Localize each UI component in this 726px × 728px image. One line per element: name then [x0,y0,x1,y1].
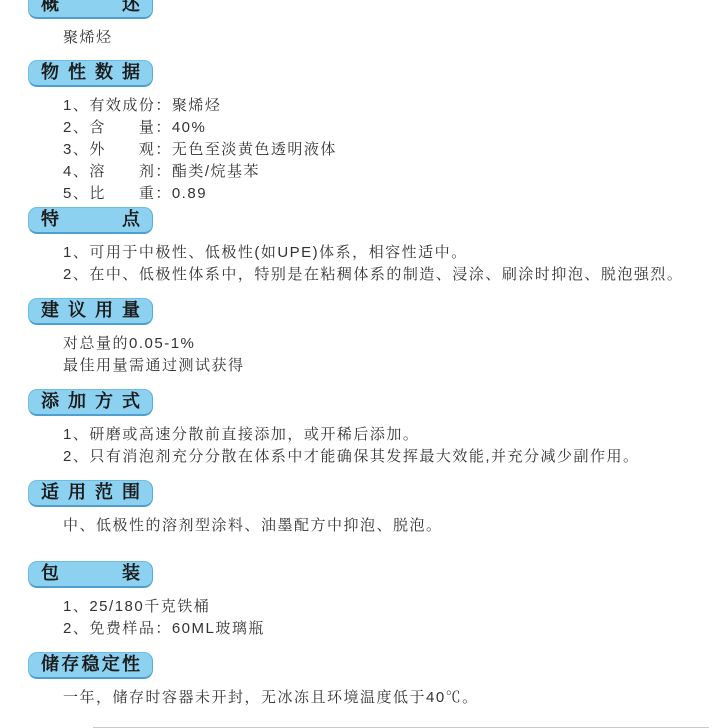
content-line: 1、25/180千克铁桶 [63,596,716,618]
content-line: 1、研磨或高速分散前直接添加，或开稀后添加。 [63,424,716,446]
content-line: 最佳用量需通过测试获得 [63,355,716,377]
section-storage-stability: 储存稳定性 一年，储存时容器未开封，无冰冻且环境温度低于40℃。 [28,652,716,709]
section-heading-badge: 建议用量 [28,298,153,325]
content-line: 2、免费样品：60ML玻璃瓶 [63,618,716,640]
section-heading-badge: 包装 [28,561,153,588]
content-line: 1、可用于中极性、低极性(如UPE)体系，相容性适中。 [63,242,716,264]
section-title: 包装 [41,562,140,585]
section-content: 中、低极性的溶剂型涂料、油墨配方中抑泡、脱泡。 [28,515,716,537]
section-addition-method: 添加方式 1、研磨或高速分散前直接添加，或开稀后添加。 2、只有消泡剂充分分散在… [28,389,716,468]
content-line: 中、低极性的溶剂型涂料、油墨配方中抑泡、脱泡。 [63,515,716,537]
section-application-scope: 适用范围 中、低极性的溶剂型涂料、油墨配方中抑泡、脱泡。 [28,480,716,537]
section-heading-badge: 适用范围 [28,480,153,507]
section-content: 聚烯烃 [28,27,716,49]
content-line: 对总量的0.05-1% [63,333,716,355]
content-line: 2、含 量：40% [63,117,716,139]
section-title: 储存稳定性 [41,653,140,676]
section-title: 建议用量 [41,299,140,322]
section-heading-badge: 添加方式 [28,389,153,416]
section-content: 1、可用于中极性、低极性(如UPE)体系，相容性适中。 2、在中、低极性体系中，… [28,242,716,286]
content-line: 4、溶 剂：酯类/烷基苯 [63,161,716,183]
section-title: 概述 [41,0,140,16]
section-title: 物性数据 [41,61,140,84]
section-content: 对总量的0.05-1% 最佳用量需通过测试获得 [28,333,716,377]
section-heading-badge: 特点 [28,207,153,234]
section-physical-data: 物性数据 1、有效成份：聚烯烃 2、含 量：40% 3、外 观：无色至淡黄色透明… [28,60,716,205]
section-packaging: 包装 1、25/180千克铁桶 2、免费样品：60ML玻璃瓶 [28,561,716,640]
section-content: 1、25/180千克铁桶 2、免费样品：60ML玻璃瓶 [28,596,716,640]
section-content: 1、有效成份：聚烯烃 2、含 量：40% 3、外 观：无色至淡黄色透明液体 4、… [28,95,716,205]
section-title: 适用范围 [41,481,140,504]
content-line: 2、在中、低极性体系中，特别是在粘稠体系的制造、浸涂、刷涂时抑泡、脱泡强烈。 [63,264,716,286]
section-recommended-dosage: 建议用量 对总量的0.05-1% 最佳用量需通过测试获得 [28,298,716,377]
section-heading-badge: 概述 [28,0,153,19]
section-heading-badge: 储存稳定性 [28,652,153,679]
content-line: 1、有效成份：聚烯烃 [63,95,716,117]
content-line: 聚烯烃 [63,27,716,49]
content-line: 2、只有消泡剂充分分散在体系中才能确保其发挥最大效能,并充分减少副作用。 [63,446,716,468]
content-line: 3、外 观：无色至淡黄色透明液体 [63,139,716,161]
section-content: 一年，储存时容器未开封，无冰冻且环境温度低于40℃。 [28,687,716,709]
section-title: 添加方式 [41,390,140,413]
content-line: 一年，储存时容器未开封，无冰冻且环境温度低于40℃。 [63,687,716,709]
section-overview: 概述 聚烯烃 [28,0,716,49]
document: 概述 聚烯烃 物性数据 1、有效成份：聚烯烃 2、含 量：40% 3、外 观：无… [0,0,726,709]
section-title: 特点 [41,208,140,231]
section-content: 1、研磨或高速分散前直接添加，或开稀后添加。 2、只有消泡剂充分分散在体系中才能… [28,424,716,468]
section-heading-badge: 物性数据 [28,60,153,87]
section-features: 特点 1、可用于中极性、低极性(如UPE)体系，相容性适中。 2、在中、低极性体… [28,207,716,286]
content-line: 5、比 重：0.89 [63,183,716,205]
